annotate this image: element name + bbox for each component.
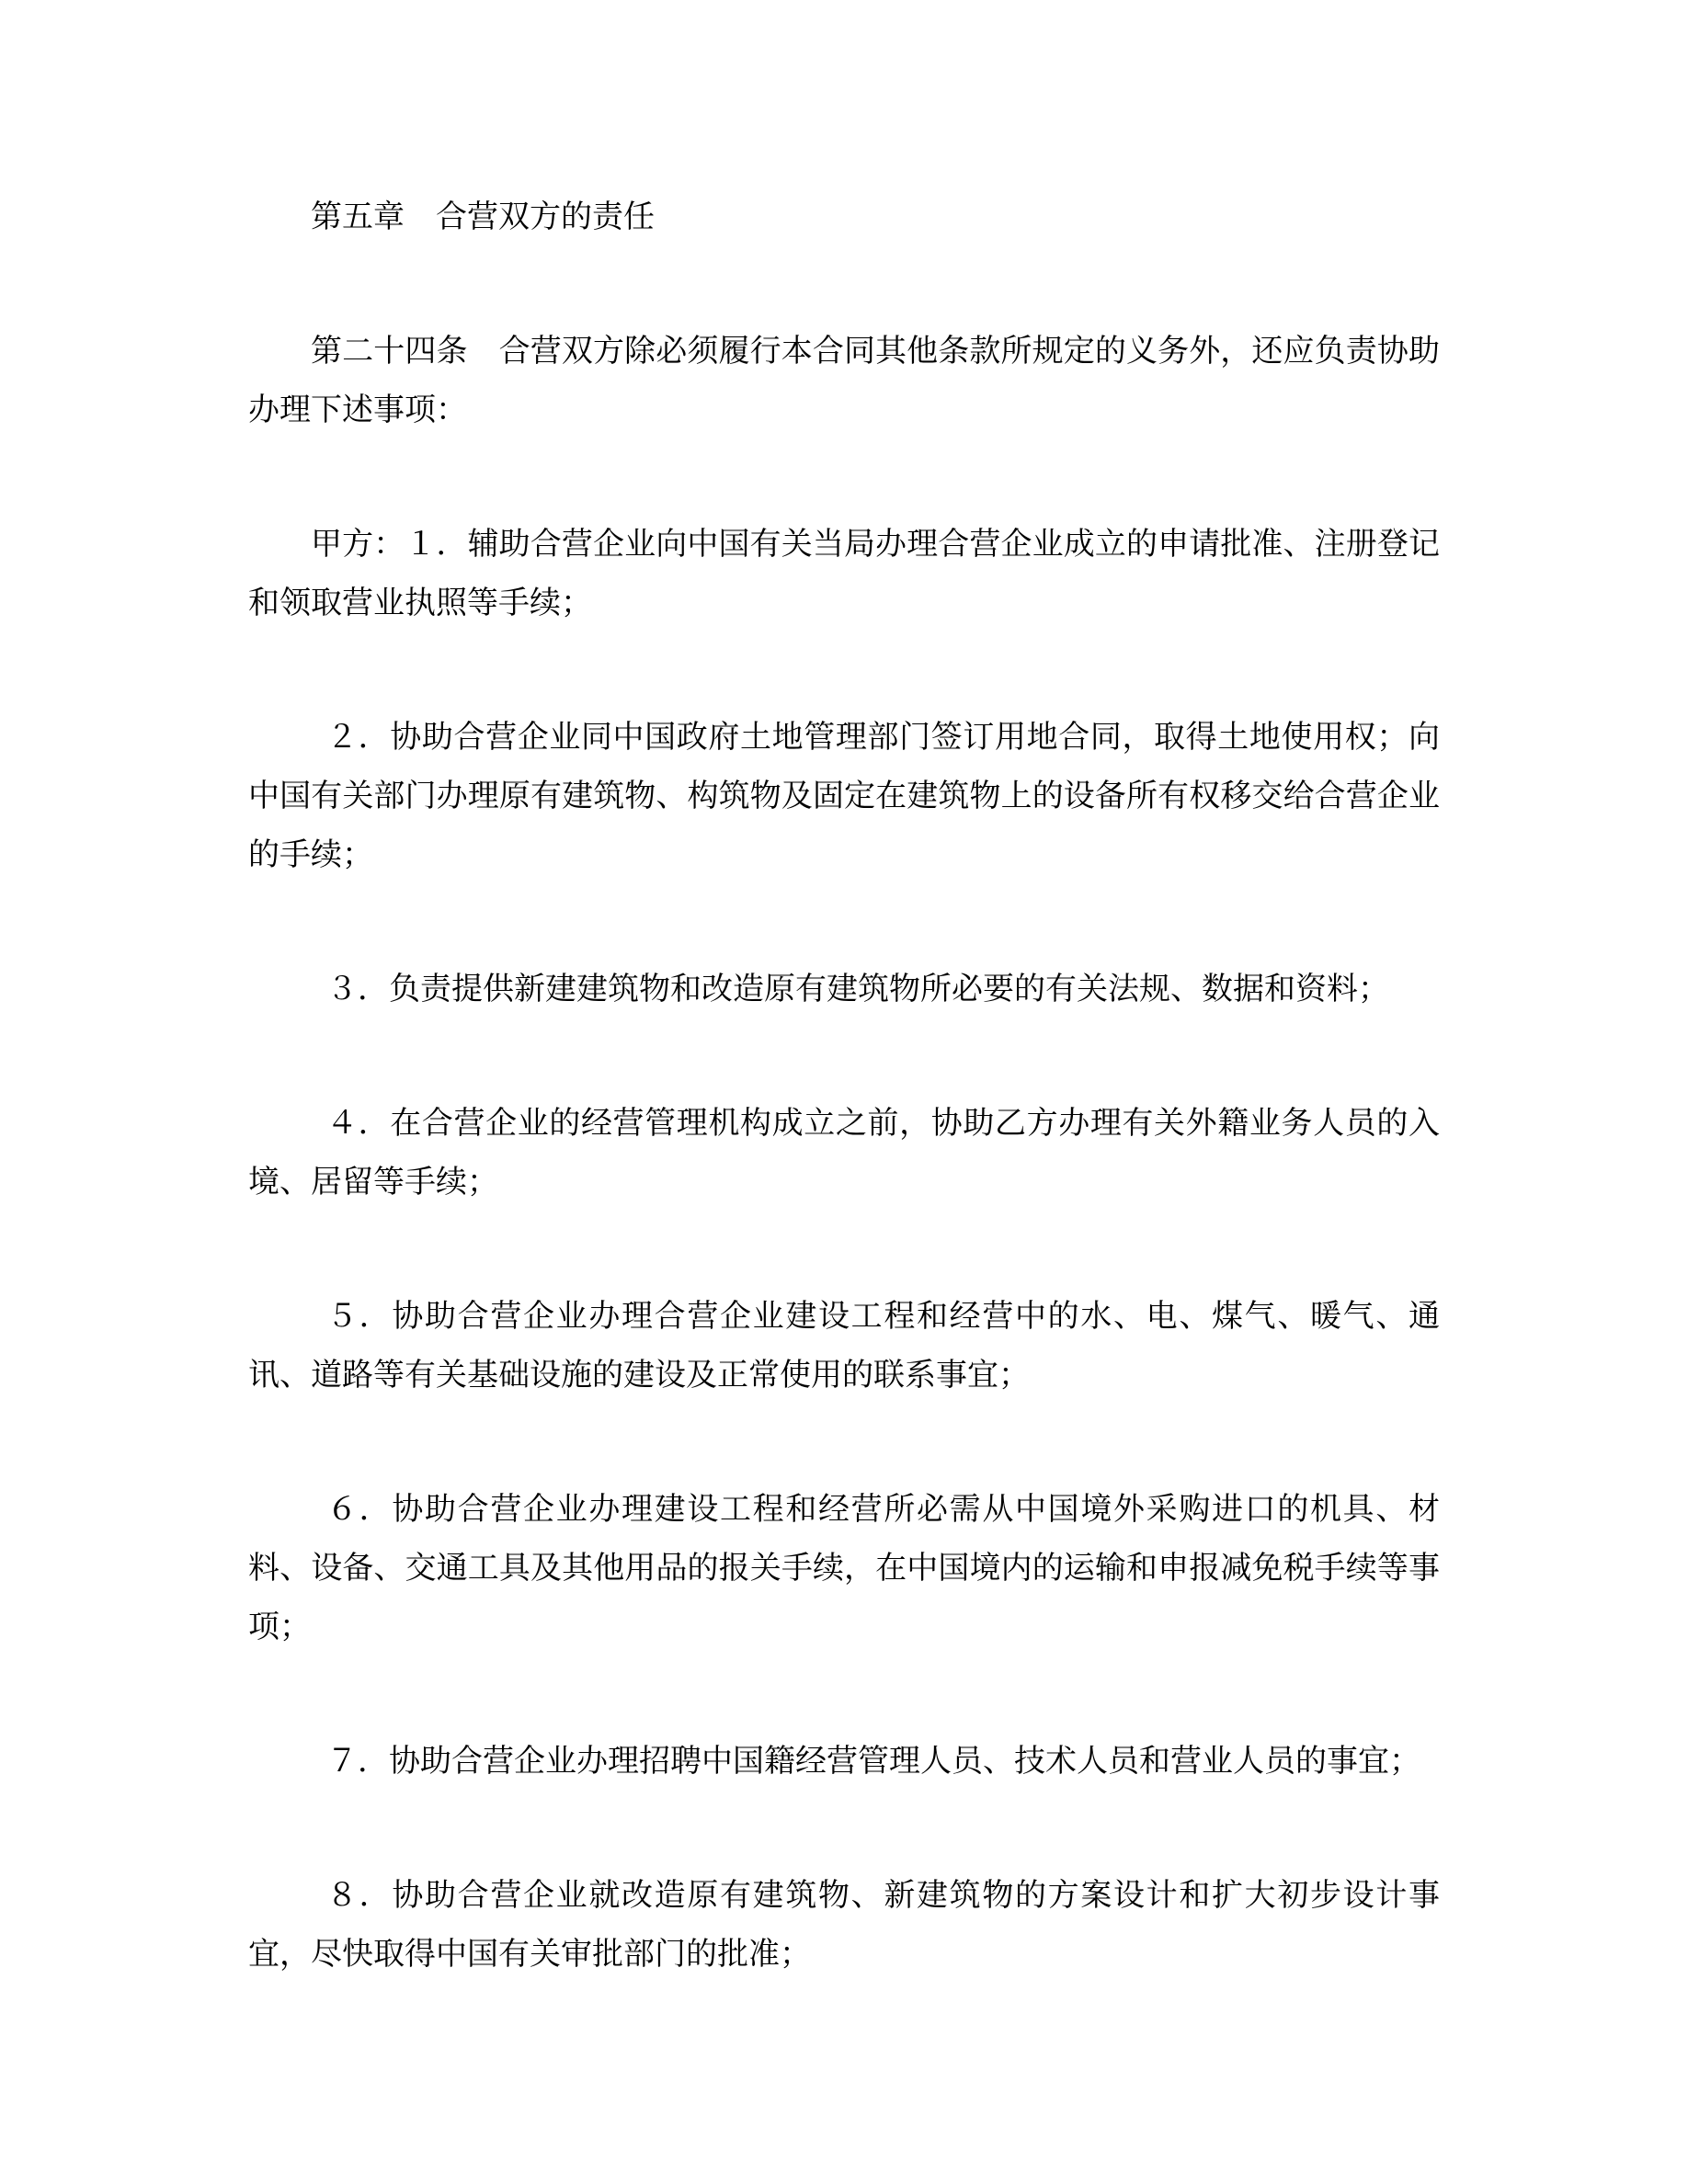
- contract-paragraph: ４．在合营企业的经营管理机构成立之前，协助乙方办理有关外籍业务人员的入境、居留等…: [248, 1095, 1440, 1212]
- contract-paragraph: ３．负责提供新建建筑物和改造原有建筑物所必要的有关法规、数据和资料；: [248, 961, 1440, 1019]
- contract-paragraph: 甲方：１．辅助合营企业向中国有关当局办理合营企业成立的申请批准、注册登记和领取营…: [248, 516, 1440, 633]
- contract-paragraph: ５．协助合营企业办理合营企业建设工程和经营中的水、电、煤气、暖气、通讯、道路等有…: [248, 1288, 1440, 1405]
- document-content: 第五章 合营双方的责任 第二十四条 合营双方除必须履行本合同其他条款所规定的义务…: [248, 188, 1440, 2060]
- document-page: 第五章 合营双方的责任 第二十四条 合营双方除必须履行本合同其他条款所规定的义务…: [0, 0, 1688, 2184]
- contract-paragraph: ８．协助合营企业就改造原有建筑物、新建筑物的方案设计和扩大初步设计事宜，尽快取得…: [248, 1867, 1440, 1985]
- contract-paragraph: ６．协助合营企业办理建设工程和经营所必需从中国境外采购进口的机具、材料、设备、交…: [248, 1481, 1440, 1657]
- chapter-heading: 第五章 合营双方的责任: [248, 188, 1440, 247]
- contract-paragraph: ２．协助合营企业同中国政府土地管理部门签订用地合同，取得土地使用权；向中国有关部…: [248, 709, 1440, 885]
- contract-paragraph: ７．协助合营企业办理招聘中国籍经营管理人员、技术人员和营业人员的事宜；: [248, 1733, 1440, 1792]
- contract-paragraph: 第二十四条 合营双方除必须履行本合同其他条款所规定的义务外，还应负责协助办理下述…: [248, 323, 1440, 440]
- paragraph-list: 第二十四条 合营双方除必须履行本合同其他条款所规定的义务外，还应负责协助办理下述…: [248, 323, 1440, 1985]
